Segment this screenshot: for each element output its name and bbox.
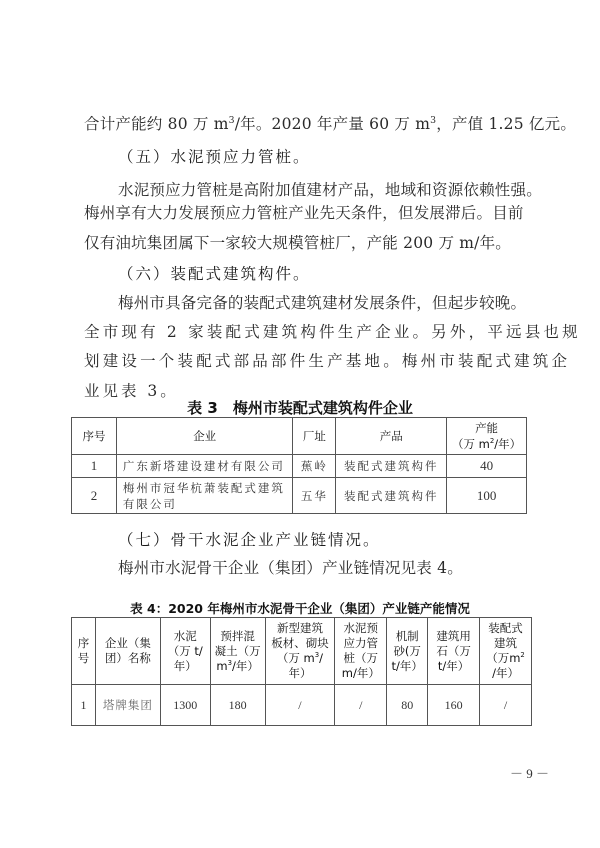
- cell-seq: 2: [72, 478, 117, 514]
- cell-concrete: 180: [210, 685, 265, 726]
- text: 序: [72, 636, 95, 651]
- cell-company: 广东新塔建设建材有限公司: [116, 455, 293, 478]
- text: 凝土（万: [211, 644, 265, 659]
- table-header-row: 序号 企业 厂址 产品 产能 （万 m2/年）: [72, 418, 527, 455]
- section-heading-5: （五）水泥预应力管桩。: [118, 147, 311, 167]
- text: 砂(万: [387, 644, 427, 659]
- header-site: 厂址: [293, 418, 336, 455]
- header-prefab: 装配式建筑（万m2/年）: [480, 618, 532, 685]
- cell-name: 塔牌集团: [95, 685, 160, 726]
- table4-caption: 表 4：2020 年梅州市水泥骨干企业（集团）产业链产能情况: [0, 599, 600, 617]
- header-cement: 水泥（万 t/年）: [160, 618, 210, 685]
- text: 石（万: [428, 644, 479, 659]
- text: t/年）: [387, 659, 427, 674]
- header-capacity: 产能 （万 m2/年）: [447, 418, 527, 455]
- paragraph-line: 梅州市水泥骨干企业（集团）产业链情况见表 4。: [118, 558, 463, 578]
- cell-prefab: /: [480, 685, 532, 726]
- header-stone: 建筑用石（万t/年）: [428, 618, 480, 685]
- text: （万m2: [480, 651, 531, 666]
- text: 合计产能约 80 万 m: [84, 115, 229, 133]
- superscript: 2: [520, 651, 524, 659]
- text: 年）: [266, 666, 335, 681]
- text: 企业（集: [96, 636, 160, 651]
- text: （万 t/: [161, 644, 210, 659]
- text: （万m: [486, 651, 520, 665]
- cell-capacity: 40: [447, 455, 527, 478]
- header-concrete: 预拌混凝土（万m3/年）: [210, 618, 265, 685]
- text: 建筑用: [428, 629, 479, 644]
- page-number: － 9 －: [510, 763, 549, 782]
- text: 号: [72, 651, 95, 666]
- text: 板材、砌块: [266, 636, 335, 651]
- paragraph-line: 梅州市具备完备的装配式建筑建材发展条件，但起步较晚。: [118, 293, 526, 313]
- cell-site: 五华: [293, 478, 336, 514]
- header-capacity-line2: （万 m2/年）: [447, 436, 526, 452]
- header-capacity-line1: 产能: [447, 420, 526, 436]
- cell-site: 蕉岭: [293, 455, 336, 478]
- text: 应力管: [335, 636, 386, 651]
- paragraph-line: 划建设一个装配式部品部件生产基地。梅州市装配式建筑企: [84, 351, 570, 371]
- table-header-row: 序号 企业（集团）名称 水泥（万 t/年） 预拌混凝土（万m3/年） 新型建筑板…: [72, 618, 532, 685]
- paragraph-line: 水泥预应力管桩是高附加值建材产品，地域和资源依赖性强。: [118, 180, 542, 200]
- section-heading-6: （六）装配式建筑构件。: [118, 264, 311, 284]
- cell-stone: 160: [428, 685, 480, 726]
- paragraph-line: 仅有油坑集团属下一家较大规模管桩厂，产能 200 万 m/年。: [84, 233, 511, 253]
- table3: 序号 企业 厂址 产品 产能 （万 m2/年） 1 广东新塔建设建材有限公司 蕉…: [71, 417, 527, 514]
- company-line2: 有限公司: [123, 496, 293, 512]
- header-name: 企业（集团）名称: [95, 618, 160, 685]
- text: （万 m3/: [266, 651, 335, 666]
- cell-capacity: 100: [447, 478, 527, 514]
- text: t/年）: [428, 659, 479, 674]
- text: m3/年）: [211, 659, 265, 674]
- text: m/年）: [335, 666, 386, 681]
- company-line1: 梅州市冠华杭萧装配式建筑: [123, 480, 293, 496]
- cell-company: 梅州市冠华杭萧装配式建筑 有限公司: [116, 478, 293, 514]
- text: m: [216, 659, 227, 673]
- cell-seq: 1: [72, 685, 96, 726]
- paragraph-line: 梅州享有大力发展预应力管桩产业先天条件，但发展滞后。目前: [84, 203, 524, 223]
- header-sand: 机制砂(万t/年）: [387, 618, 428, 685]
- cell-pile: /: [335, 685, 387, 726]
- text: /年）: [232, 659, 259, 673]
- text: ，产值 1.25 亿元。: [436, 115, 576, 133]
- cell-product: 装配式建筑构件: [336, 455, 447, 478]
- header-product: 产品: [336, 418, 447, 455]
- cell-sand: 80: [387, 685, 428, 726]
- cell-seq: 1: [72, 455, 117, 478]
- table4: 序号 企业（集团）名称 水泥（万 t/年） 预拌混凝土（万m3/年） 新型建筑板…: [71, 617, 532, 726]
- text: 预拌混: [211, 629, 265, 644]
- text: /年。2020 年产量 60 万 m: [235, 115, 430, 133]
- table-row: 1 广东新塔建设建材有限公司 蕉岭 装配式建筑构件 40: [72, 455, 527, 478]
- text: /年）: [480, 666, 531, 681]
- text: /: [319, 651, 323, 665]
- cell-cement: 1300: [160, 685, 210, 726]
- text: 桩（万: [335, 651, 386, 666]
- header-seq: 序号: [72, 418, 117, 455]
- cell-product: 装配式建筑构件: [336, 478, 447, 514]
- text: 建筑: [480, 636, 531, 651]
- text: 水泥预: [335, 621, 386, 636]
- table-row: 2 梅州市冠华杭萧装配式建筑 有限公司 五华 装配式建筑构件 100: [72, 478, 527, 514]
- header-seq: 序号: [72, 618, 96, 685]
- text: 装配式: [480, 621, 531, 636]
- table3-caption: 表 3 梅州市装配式建筑构件企业: [0, 397, 600, 418]
- header-company: 企业: [116, 418, 293, 455]
- text: /年）: [494, 437, 521, 451]
- text: 新型建筑: [266, 621, 335, 636]
- paragraph-line: 全市现有 2 家装配式建筑构件生产企业。另外，平远县也规: [84, 322, 581, 342]
- text: 团）名称: [96, 651, 160, 666]
- table-row: 1 塔牌集团 1300 180 / / 80 160 /: [72, 685, 532, 726]
- text: 年）: [161, 659, 210, 674]
- text: （万 m: [452, 437, 490, 451]
- header-pile: 水泥预应力管桩（万m/年）: [335, 618, 387, 685]
- header-new-materials: 新型建筑板材、砌块（万 m3/年）: [265, 618, 335, 685]
- section-heading-7: （七）骨干水泥企业产业链情况。: [118, 530, 381, 550]
- text: （万 m: [277, 651, 315, 665]
- cell-new-materials: /: [265, 685, 335, 726]
- paragraph-line: 合计产能约 80 万 m3/年。2020 年产量 60 万 m3，产值 1.25…: [84, 114, 576, 134]
- text: 机制: [387, 629, 427, 644]
- text: 水泥: [161, 629, 210, 644]
